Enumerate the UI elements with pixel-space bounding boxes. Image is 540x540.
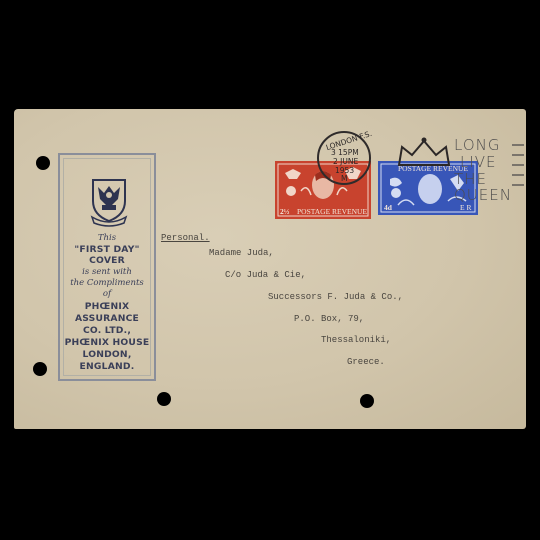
panel-text-compliments: the Compliments bbox=[60, 278, 154, 288]
address-personal: Personal. bbox=[161, 233, 210, 243]
address-line: P.O. Box, 79, bbox=[294, 314, 364, 324]
postmark-date: 2 JUNE bbox=[333, 157, 358, 166]
address-line: C/o Juda & Cie, bbox=[225, 270, 306, 280]
panel-text-of: of bbox=[60, 289, 154, 299]
stamp-label: POSTAGE REVENUE bbox=[297, 207, 367, 216]
punch-hole bbox=[36, 156, 50, 170]
cancel-bars-icon bbox=[512, 137, 524, 193]
panel-text-assurance: ASSURANCE bbox=[60, 313, 154, 324]
stamp-value: 2½ bbox=[280, 207, 289, 216]
first-day-cover-envelope: This "FIRST DAY" COVER is sent with the … bbox=[14, 109, 526, 429]
panel-text-this: This bbox=[60, 233, 154, 243]
panel-text-first-day: "FIRST DAY" bbox=[60, 244, 154, 255]
panel-text-sent-with: is sent with bbox=[60, 267, 154, 277]
postmark-code: M bbox=[341, 174, 347, 183]
panel-text-london: LONDON, bbox=[60, 349, 154, 360]
stamp-cypher: E R bbox=[460, 203, 471, 212]
crown-cancel-icon bbox=[394, 137, 454, 167]
panel-text-phoenix: PHŒNIX bbox=[60, 301, 154, 312]
address-line: Greece. bbox=[347, 357, 385, 367]
stamp-value: 4d bbox=[384, 203, 392, 212]
address-line: Thessaloniki, bbox=[321, 335, 391, 345]
address-line: Successors F. Juda & Co., bbox=[268, 292, 403, 302]
punch-hole bbox=[360, 394, 374, 408]
circular-postmark: LONDON F.S. 3 15PM 2 JUNE 1953 M bbox=[317, 131, 371, 185]
punch-hole bbox=[33, 362, 47, 376]
panel-text-england: ENGLAND. bbox=[60, 361, 154, 372]
slogan-long: LONG bbox=[454, 137, 500, 153]
panel-text-phoenix-house: PHŒNIX HOUSE bbox=[60, 337, 154, 348]
punch-hole bbox=[157, 392, 171, 406]
panel-text-co-ltd: CO. LTD., bbox=[60, 325, 154, 336]
phoenix-crest-icon bbox=[90, 177, 128, 227]
compliments-panel: This "FIRST DAY" COVER is sent with the … bbox=[58, 153, 156, 381]
slogan-live: LIVE bbox=[460, 154, 497, 170]
address-line: Madame Juda, bbox=[209, 248, 274, 258]
postmark-time: 3 15PM bbox=[331, 148, 359, 157]
panel-text-cover: COVER bbox=[60, 255, 154, 266]
